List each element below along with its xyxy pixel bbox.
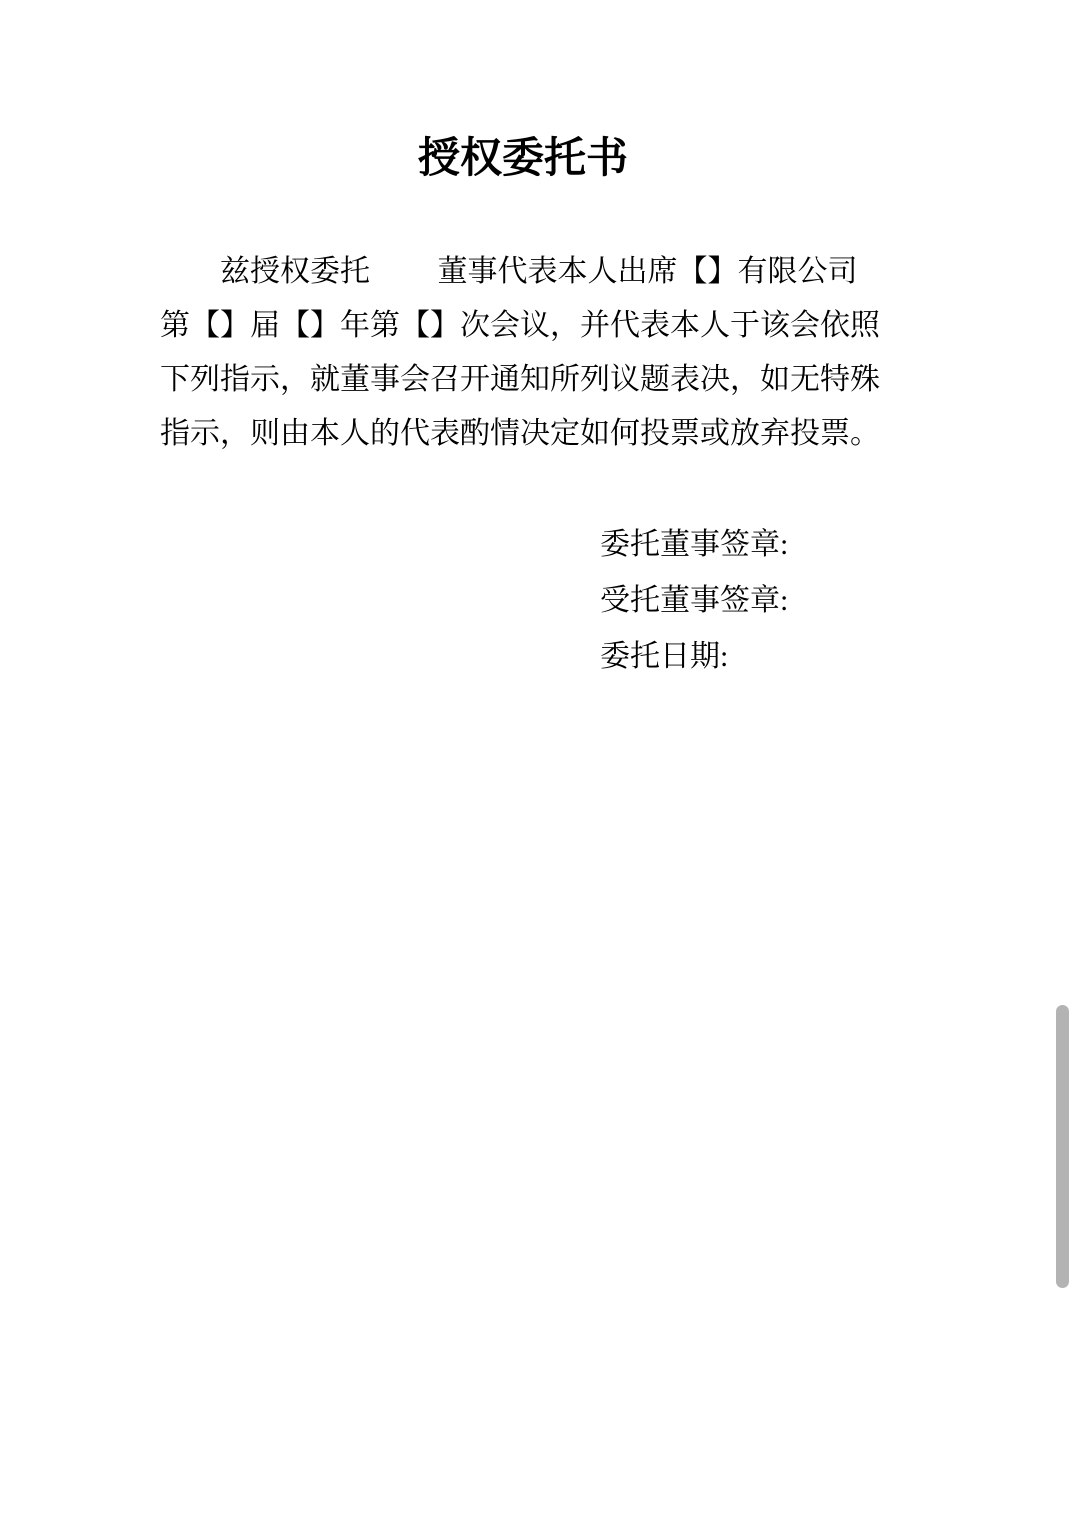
document-page: 授权委托书 兹授权委托 董事代表本人出席【】有限公司 第【】届【】年第【】次会议… (0, 0, 1080, 1520)
paragraph-line: 第【】届【】年第【】次会议，并代表本人于该会依照 (160, 299, 890, 353)
signature-block: 委托董事签章: 受托董事签章: 委托日期: (600, 517, 788, 685)
delegation-date-label: 委托日期: (600, 629, 788, 685)
paragraph-line: 下列指示，就董事会召开通知所列议题表决，如无特殊 (160, 353, 890, 407)
scrollbar-thumb[interactable] (1056, 1005, 1069, 1288)
paragraph-line: 指示，则由本人的代表酌情决定如何投票或放弃投票。 (160, 407, 890, 461)
authorization-paragraph: 兹授权委托 董事代表本人出席【】有限公司 第【】届【】年第【】次会议，并代表本人… (160, 245, 890, 461)
delegating-director-signature-label: 委托董事签章: (600, 517, 788, 573)
document-title: 授权委托书 (160, 132, 886, 186)
paragraph-line: 兹授权委托 董事代表本人出席【】有限公司 (160, 245, 890, 299)
entrusted-director-signature-label: 受托董事签章: (600, 573, 788, 629)
